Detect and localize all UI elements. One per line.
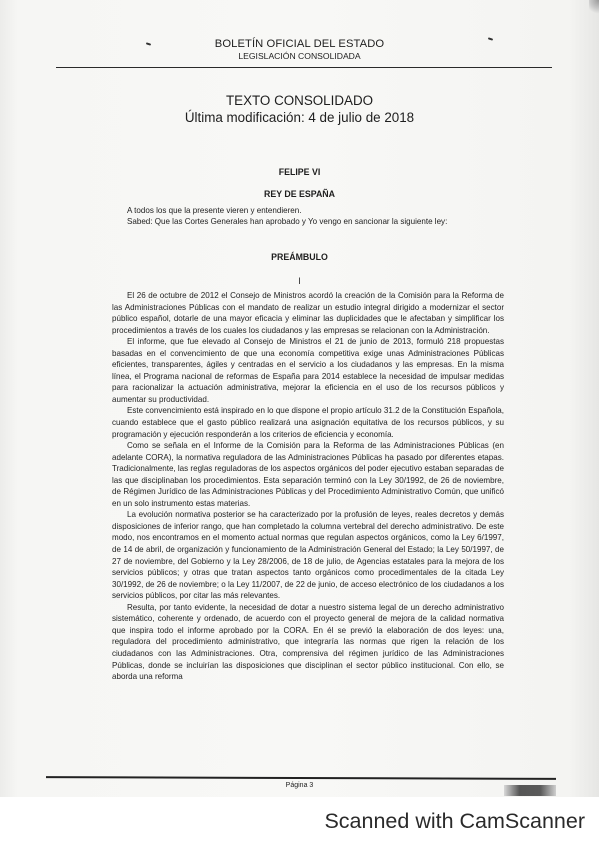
- paragraph: Este convencimiento está inspirado en lo…: [112, 405, 504, 440]
- intro-line: Sabed: Que las Cortes Generales han apro…: [112, 217, 504, 228]
- gazette-subtitle: LEGISLACIÓN CONSOLIDADA: [0, 51, 599, 62]
- document-title: TEXTO CONSOLIDADO: [0, 93, 599, 109]
- royal-intro: A todos los que la presente vieren y ent…: [112, 206, 504, 227]
- last-modified: Última modificación: 4 de julio de 2018: [0, 109, 599, 126]
- paragraph: Como se señala en el Informe de la Comis…: [112, 440, 504, 509]
- scan-edge-shadow: [504, 785, 556, 796]
- paragraph: Resulta, por tanto evidente, la necesida…: [112, 602, 504, 683]
- king-name: FELIPE VI: [0, 167, 599, 177]
- camscanner-watermark: Scanned with CamScanner: [324, 809, 585, 834]
- scanned-page: BOLETÍN OFICIAL DEL ESTADO LEGISLACIÓN C…: [0, 0, 599, 797]
- king-title: REY DE ESPAÑA: [0, 189, 599, 199]
- gazette-title: BOLETÍN OFICIAL DEL ESTADO: [0, 38, 599, 51]
- page-corner-shadow: [589, 0, 599, 14]
- preamble-body: El 26 de octubre de 2012 el Consejo de M…: [112, 290, 504, 683]
- paragraph: La evolución normativa posterior se ha c…: [112, 509, 504, 601]
- paragraph: El informe, que fue elevado al Consejo d…: [112, 336, 504, 405]
- intro-line: A todos los que la presente vieren y ent…: [112, 206, 504, 217]
- gazette-header: BOLETÍN OFICIAL DEL ESTADO LEGISLACIÓN C…: [0, 38, 599, 62]
- document-title-block: TEXTO CONSOLIDADO Última modificación: 4…: [0, 93, 599, 126]
- subsection-numeral: I: [0, 276, 599, 286]
- paragraph: El 26 de octubre de 2012 el Consejo de M…: [112, 290, 504, 336]
- section-heading: PREÁMBULO: [0, 252, 599, 262]
- footer-rule: [46, 776, 556, 779]
- header-rule: [56, 67, 552, 68]
